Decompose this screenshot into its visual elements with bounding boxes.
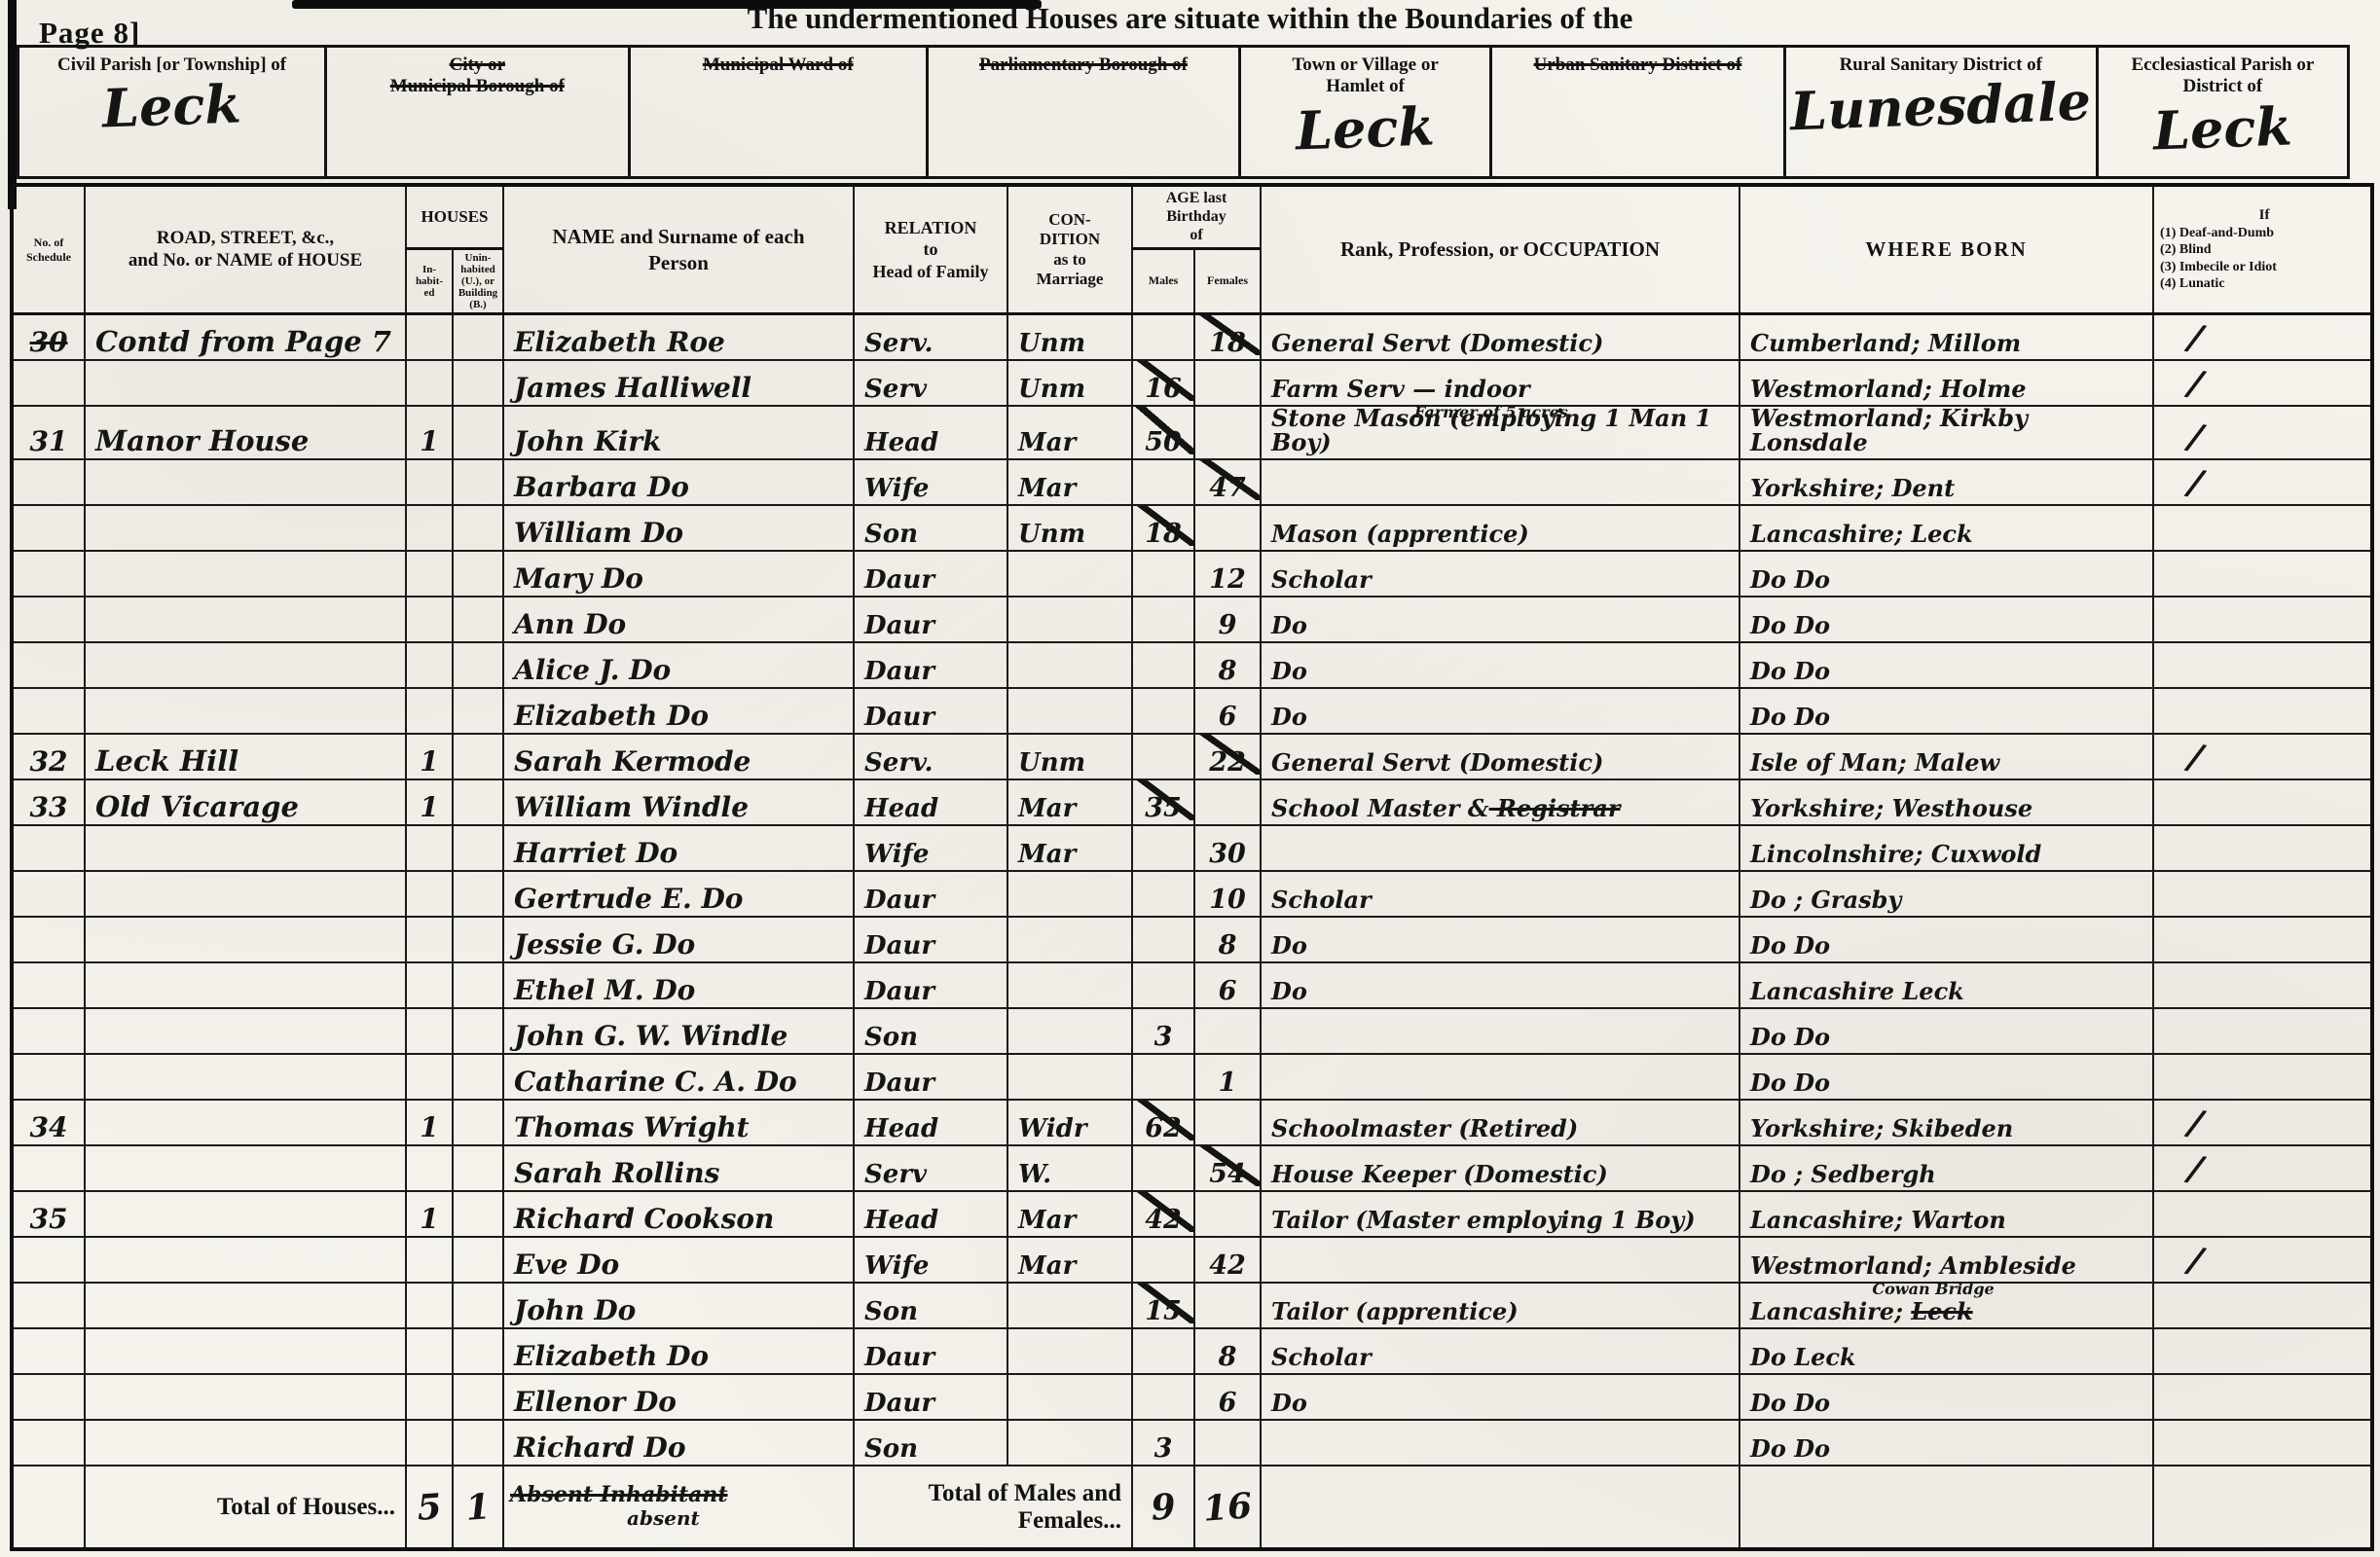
uninhabited-cell	[453, 1191, 503, 1237]
condition-cell	[1007, 1420, 1132, 1466]
uninhabited-cell	[453, 1145, 503, 1191]
age-females-cell: 18	[1194, 314, 1261, 361]
table-row: 32 Leck Hill 1 Sarah Kermode Serv. Unm 2…	[12, 734, 2372, 779]
where-born-cell: Do Do	[1739, 551, 2153, 597]
town-village-label: Town or Village or Hamlet of	[1284, 54, 1446, 98]
disability-cell	[2153, 1008, 2372, 1054]
road-house-cell	[85, 642, 406, 688]
uninhabited-cell	[453, 1100, 503, 1145]
occupation-cell: General Servt (Domestic)	[1261, 734, 1739, 779]
header-condition: CON- DITION as to Marriage	[1007, 185, 1132, 314]
person-name-cell: Alice J. Do	[503, 642, 854, 688]
age-males-cell	[1132, 871, 1194, 917]
condition-cell: Unm	[1007, 360, 1132, 406]
person-name-cell: Mary Do	[503, 551, 854, 597]
condition-cell: Mar	[1007, 406, 1132, 459]
header-disability: If (1) Deaf-and-Dumb (2) Blind (3) Imbec…	[2153, 185, 2372, 314]
occupation-cell: Tailor (Master employing 1 Boy)	[1261, 1191, 1739, 1237]
where-born-cell: Do Do	[1739, 917, 2153, 962]
condition-cell: Unm	[1007, 314, 1132, 361]
condition-cell: W.	[1007, 1145, 1132, 1191]
age-males-cell	[1132, 597, 1194, 642]
parliamentary-borough-label: Parliamentary Borough of	[971, 54, 1195, 76]
age-males-cell	[1132, 917, 1194, 962]
inhabited-cell	[406, 962, 453, 1008]
inhabited-cell: 1	[406, 734, 453, 779]
occupation-cell: Do	[1261, 688, 1739, 734]
occupation-cell: Farm Serv — indoor	[1261, 360, 1739, 406]
age-females-cell	[1194, 1100, 1261, 1145]
road-house-cell	[85, 1145, 406, 1191]
totals-males-females-label-cell: Total of Males and Females...	[854, 1466, 1132, 1549]
inhabited-cell	[406, 825, 453, 871]
disability-cell: ∕	[2153, 360, 2372, 406]
municipal-ward-box: Municipal Ward of	[628, 45, 930, 179]
total-houses-inhabited: 5	[406, 1466, 453, 1549]
person-name-cell: Richard Do	[503, 1420, 854, 1466]
condition-cell: Mar	[1007, 1191, 1132, 1237]
person-name-cell: Catharine C. A. Do	[503, 1054, 854, 1100]
disability-cell	[2153, 917, 2372, 962]
uninhabited-cell	[453, 314, 503, 361]
age-females-cell: 47	[1194, 459, 1261, 505]
tick-mark: ∕	[2161, 360, 2206, 405]
schedule-number-cell: 35	[12, 1191, 85, 1237]
table-row: Barbara Do Wife Mar 47 Yorkshire; Dent ∕	[12, 459, 2372, 505]
schedule-number-cell: 34	[12, 1100, 85, 1145]
inhabited-cell: 1	[406, 779, 453, 825]
header-inhabited: In- habit- ed	[406, 248, 453, 313]
road-house-cell	[85, 1374, 406, 1420]
header-occupation: Rank, Profession, or OCCUPATION	[1261, 185, 1739, 314]
person-name-cell: Harriet Do	[503, 825, 854, 871]
schedule-number-cell	[12, 962, 85, 1008]
total-houses-label: Total of Houses...	[92, 1494, 399, 1521]
occupation-cell: Tailor (apprentice)	[1261, 1283, 1739, 1328]
age-females-cell: 6	[1194, 962, 1261, 1008]
totals-row: Total of Houses... 5 1 Absent Inhabitant…	[12, 1466, 2372, 1549]
road-house-cell	[85, 360, 406, 406]
person-name-cell: Eve Do	[503, 1237, 854, 1283]
disability-cell	[2153, 597, 2372, 642]
road-house-cell	[85, 505, 406, 551]
where-born-cell: Westmorland; Holme	[1739, 360, 2153, 406]
occupation-cell: Scholar	[1261, 1328, 1739, 1374]
age-females-cell: 8	[1194, 1328, 1261, 1374]
inhabited-cell	[406, 551, 453, 597]
condition-cell	[1007, 917, 1132, 962]
road-house-cell	[85, 1237, 406, 1283]
disability-cell	[2153, 779, 2372, 825]
total-females: 16	[1194, 1466, 1261, 1549]
uninhabited-cell	[453, 1328, 503, 1374]
condition-cell	[1007, 1054, 1132, 1100]
uninhabited-cell	[453, 1054, 503, 1100]
inhabited-cell	[406, 1237, 453, 1283]
age-females-cell	[1194, 406, 1261, 459]
age-males-cell: 42	[1132, 1191, 1194, 1237]
disability-cell	[2153, 1420, 2372, 1466]
disability-cell: ∕	[2153, 734, 2372, 779]
table-row: Sarah Rollins Serv W. 54 House Keeper (D…	[12, 1145, 2372, 1191]
schedule-number-cell	[12, 1328, 85, 1374]
where-born-cell: Cumberland; Millom	[1739, 314, 2153, 361]
where-born-cell: Do Do	[1739, 1054, 2153, 1100]
tick-mark: ∕	[2161, 412, 2206, 458]
totals-note-cell: Absent Inhabitant absent	[503, 1466, 854, 1549]
totals-houses-label-cell: Total of Houses...	[85, 1466, 406, 1549]
relation-cell: Head	[854, 1100, 1007, 1145]
census-table-body: 30 Contd from Page 7 Elizabeth Roe Serv.…	[12, 314, 2372, 1466]
person-name-cell: John Do	[503, 1283, 854, 1328]
inhabited-cell	[406, 1283, 453, 1328]
table-row: Alice J. Do Daur 8 Do Do Do	[12, 642, 2372, 688]
age-males-cell	[1132, 962, 1194, 1008]
age-males-cell	[1132, 825, 1194, 871]
totals-empty-occupation	[1261, 1466, 1739, 1549]
ecclesiastical-parish-box: Ecclesiastical Parish or District of Lec…	[2096, 45, 2350, 179]
header-houses: HOUSES	[406, 185, 503, 248]
where-born-cell: Do Do	[1739, 597, 2153, 642]
occupation-cell: School Master & Registrar	[1261, 779, 1739, 825]
civil-parish-label: Civil Parish [or Township] of	[50, 54, 294, 76]
road-house-cell	[85, 1420, 406, 1466]
disability-cell: ∕	[2153, 406, 2372, 459]
disability-cell: ∕	[2153, 1145, 2372, 1191]
urban-sanitary-box: Urban Sanitary District of	[1489, 45, 1786, 179]
relation-cell: Daur	[854, 642, 1007, 688]
uninhabited-cell	[453, 505, 503, 551]
road-house-cell	[85, 825, 406, 871]
age-males-cell	[1132, 734, 1194, 779]
table-row: Ellenor Do Daur 6 Do Do Do	[12, 1374, 2372, 1420]
uninhabited-cell	[453, 825, 503, 871]
condition-cell	[1007, 871, 1132, 917]
uninhabited-cell	[453, 1283, 503, 1328]
schedule-number-cell	[12, 825, 85, 871]
inhabited-cell	[406, 1328, 453, 1374]
relation-cell: Wife	[854, 459, 1007, 505]
road-house-cell	[85, 459, 406, 505]
condition-cell	[1007, 688, 1132, 734]
where-born-cell: Yorkshire; Dent	[1739, 459, 2153, 505]
age-females-cell: 22	[1194, 734, 1261, 779]
relation-cell: Son	[854, 505, 1007, 551]
age-females-cell: 10	[1194, 871, 1261, 917]
table-row: Catharine C. A. Do Daur 1 Do Do	[12, 1054, 2372, 1100]
age-females-cell: 54	[1194, 1145, 1261, 1191]
table-row: Elizabeth Do Daur 8 Scholar Do Leck	[12, 1328, 2372, 1374]
table-row: Harriet Do Wife Mar 30 Lincolnshire; Cux…	[12, 825, 2372, 871]
inhabited-cell: 1	[406, 1191, 453, 1237]
inhabited-cell	[406, 597, 453, 642]
town-village-value: Leck	[1295, 99, 1435, 157]
relation-cell: Son	[854, 1008, 1007, 1054]
relation-cell: Daur	[854, 597, 1007, 642]
occupation-cell: Do	[1261, 1374, 1739, 1420]
district-header-row: Civil Parish [or Township] of Leck City …	[17, 45, 2370, 179]
disability-cell	[2153, 642, 2372, 688]
relation-cell: Daur	[854, 962, 1007, 1008]
disability-cell: ∕	[2153, 1237, 2372, 1283]
table-row: 35 1 Richard Cookson Head Mar 42 Tailor …	[12, 1191, 2372, 1237]
schedule-number-cell	[12, 1008, 85, 1054]
relation-cell: Head	[854, 1191, 1007, 1237]
header-where-born: WHERE BORN	[1739, 185, 2153, 314]
inhabited-cell	[406, 871, 453, 917]
ecclesiastical-parish-label: Ecclesiastical Parish or District of	[2123, 54, 2322, 98]
relation-cell: Serv.	[854, 314, 1007, 361]
tick-mark: ∕	[2161, 1237, 2206, 1282]
totals-empty-born	[1739, 1466, 2153, 1549]
person-name-cell: Barbara Do	[503, 459, 854, 505]
tick-mark: ∕	[2161, 314, 2206, 360]
age-males-cell	[1132, 1145, 1194, 1191]
civil-parish-box: Civil Parish [or Township] of Leck	[17, 45, 327, 179]
age-females-cell	[1194, 779, 1261, 825]
civil-parish-value: Leck	[101, 78, 241, 135]
occupation-cell: Scholar	[1261, 871, 1739, 917]
road-house-cell	[85, 1191, 406, 1237]
person-name-cell: Ann Do	[503, 597, 854, 642]
where-born-cell: Yorkshire; Westhouse	[1739, 779, 2153, 825]
where-born-cell: Lancashire; LeckCowan Bridge	[1739, 1283, 2153, 1328]
relation-cell: Daur	[854, 688, 1007, 734]
occupation-cell: Do	[1261, 642, 1739, 688]
occupation-cell: Do	[1261, 962, 1739, 1008]
census-table-totals: Total of Houses... 5 1 Absent Inhabitant…	[12, 1466, 2372, 1549]
road-house-cell	[85, 597, 406, 642]
table-row: 33 Old Vicarage 1 William Windle Head Ma…	[12, 779, 2372, 825]
uninhabited-cell	[453, 597, 503, 642]
schedule-number-cell	[12, 1374, 85, 1420]
table-row: Ethel M. Do Daur 6 Do Lancashire Leck	[12, 962, 2372, 1008]
condition-cell: Widr	[1007, 1100, 1132, 1145]
occupation-cell	[1261, 1054, 1739, 1100]
condition-cell: Unm	[1007, 505, 1132, 551]
relation-cell: Serv.	[854, 734, 1007, 779]
age-males-cell	[1132, 688, 1194, 734]
where-born-cell: Lancashire; Leck	[1739, 505, 2153, 551]
age-males-cell: 62	[1132, 1100, 1194, 1145]
tick-mark: ∕	[2161, 1145, 2206, 1190]
table-row: Eve Do Wife Mar 42 Westmorland; Amblesid…	[12, 1237, 2372, 1283]
disability-cell	[2153, 871, 2372, 917]
uninhabited-cell	[453, 551, 503, 597]
relation-cell: Son	[854, 1420, 1007, 1466]
inhabited-cell	[406, 688, 453, 734]
where-born-cell: Do Do	[1739, 688, 2153, 734]
road-house-cell	[85, 962, 406, 1008]
age-males-cell	[1132, 459, 1194, 505]
schedule-number-cell	[12, 1283, 85, 1328]
table-row: 30 Contd from Page 7 Elizabeth Roe Serv.…	[12, 314, 2372, 361]
schedule-number-cell	[12, 871, 85, 917]
relation-cell: Wife	[854, 825, 1007, 871]
schedule-number-cell	[12, 360, 85, 406]
person-name-cell: Ellenor Do	[503, 1374, 854, 1420]
road-house-cell: Old Vicarage	[85, 779, 406, 825]
where-born-cell: Do ; Sedbergh	[1739, 1145, 2153, 1191]
disability-cell: ∕	[2153, 314, 2372, 361]
age-females-cell	[1194, 1283, 1261, 1328]
where-born-cell: Do Do	[1739, 1420, 2153, 1466]
absent-inhabitant-note: Absent Inhabitant	[510, 1484, 847, 1506]
disability-cell	[2153, 1054, 2372, 1100]
uninhabited-cell	[453, 1008, 503, 1054]
age-males-cell: 3	[1132, 1008, 1194, 1054]
disability-cell: ∕	[2153, 1100, 2372, 1145]
uninhabited-cell	[453, 1237, 503, 1283]
age-males-cell: 18	[1132, 505, 1194, 551]
header-road: ROAD, STREET, &c., and No. or NAME of HO…	[85, 185, 406, 314]
census-table: No. of Schedule ROAD, STREET, &c., and N…	[10, 183, 2374, 1551]
uninhabited-cell	[453, 734, 503, 779]
schedule-number-cell	[12, 505, 85, 551]
disability-cell	[2153, 1283, 2372, 1328]
condition-cell: Mar	[1007, 825, 1132, 871]
disability-cell	[2153, 688, 2372, 734]
census-page-scan: Page 8] The undermentioned Houses are si…	[0, 0, 2380, 1557]
ecclesiastical-parish-value: Leck	[2152, 99, 2292, 157]
schedule-number-cell: 32	[12, 734, 85, 779]
occupation-cell: General Servt (Domestic)	[1261, 314, 1739, 361]
condition-cell: Mar	[1007, 1237, 1132, 1283]
age-females-cell	[1194, 505, 1261, 551]
schedule-number-cell	[12, 1420, 85, 1466]
schedule-number-cell	[12, 642, 85, 688]
municipal-ward-label: Municipal Ward of	[695, 54, 861, 76]
relation-cell: Son	[854, 1283, 1007, 1328]
age-males-cell: 3	[1132, 1420, 1194, 1466]
occupation-cell: Mason (apprentice)	[1261, 505, 1739, 551]
disability-items: (1) Deaf-and-Dumb (2) Blind (3) Imbecile…	[2160, 225, 2368, 293]
age-females-cell	[1194, 1420, 1261, 1466]
schedule-number-cell	[12, 1145, 85, 1191]
totals-empty-schedule	[12, 1466, 85, 1549]
inhabited-cell	[406, 1374, 453, 1420]
table-row: Jessie G. Do Daur 8 Do Do Do	[12, 917, 2372, 962]
table-row: John Do Son 15 Tailor (apprentice) Lanca…	[12, 1283, 2372, 1328]
age-males-cell	[1132, 1054, 1194, 1100]
uninhabited-cell	[453, 1374, 503, 1420]
person-name-cell: Elizabeth Do	[503, 1328, 854, 1374]
person-name-cell: Richard Cookson	[503, 1191, 854, 1237]
where-born-cell: Yorkshire; Skibeden	[1739, 1100, 2153, 1145]
disability-cell	[2153, 551, 2372, 597]
disability-cell	[2153, 505, 2372, 551]
municipal-borough-label: City or Municipal Borough of	[383, 54, 572, 98]
person-name-cell: James Halliwell	[503, 360, 854, 406]
where-born-cell: Do Do	[1739, 642, 2153, 688]
road-house-cell	[85, 1100, 406, 1145]
header-females: Females	[1194, 248, 1261, 313]
form-title: The undermentioned Houses are situate wi…	[0, 1, 2380, 36]
age-females-cell: 30	[1194, 825, 1261, 871]
born-interlined-note: Cowan Bridge	[1872, 1283, 1994, 1297]
rural-sanitary-value: Lunesdale	[1790, 75, 2093, 138]
table-row: Richard Do Son 3 Do Do	[12, 1420, 2372, 1466]
absent-note: absent	[510, 1506, 847, 1530]
condition-cell	[1007, 962, 1132, 1008]
disability-cell	[2153, 1191, 2372, 1237]
schedule-number-cell: 33	[12, 779, 85, 825]
age-males-cell: 16	[1132, 360, 1194, 406]
condition-cell	[1007, 1374, 1132, 1420]
relation-cell: Daur	[854, 1374, 1007, 1420]
uninhabited-cell	[453, 360, 503, 406]
table-row: Ann Do Daur 9 Do Do Do	[12, 597, 2372, 642]
occupation-interlined-note: Farmer of 5 acres	[1414, 406, 1568, 420]
where-born-cell: Do ; Grasby	[1739, 871, 2153, 917]
municipal-borough-box: City or Municipal Borough of	[324, 45, 630, 179]
urban-sanitary-label: Urban Sanitary District of	[1526, 54, 1750, 76]
age-males-cell: 35	[1132, 779, 1194, 825]
disability-cell	[2153, 1328, 2372, 1374]
relation-cell: Daur	[854, 871, 1007, 917]
road-house-cell	[85, 871, 406, 917]
age-females-cell: 8	[1194, 642, 1261, 688]
rural-sanitary-box: Rural Sanitary District of Lunesdale	[1783, 45, 2099, 179]
person-name-cell: Elizabeth Roe	[503, 314, 854, 361]
inhabited-cell: 1	[406, 406, 453, 459]
age-males-cell	[1132, 314, 1194, 361]
tick-mark: ∕	[2161, 1100, 2206, 1144]
town-village-box: Town or Village or Hamlet of Leck	[1238, 45, 1492, 179]
uninhabited-cell	[453, 917, 503, 962]
person-name-cell: John Kirk	[503, 406, 854, 459]
table-row: John G. W. Windle Son 3 Do Do	[12, 1008, 2372, 1054]
relation-cell: Serv	[854, 1145, 1007, 1191]
road-house-cell	[85, 1008, 406, 1054]
occupation-cell	[1261, 1420, 1739, 1466]
uninhabited-cell	[453, 406, 503, 459]
header-name: NAME and Surname of each Person	[503, 185, 854, 314]
table-row: 31 Manor House 1 John Kirk Head Mar 50 S…	[12, 406, 2372, 459]
uninhabited-cell	[453, 688, 503, 734]
person-name-cell: William Windle	[503, 779, 854, 825]
inhabited-cell	[406, 505, 453, 551]
condition-cell	[1007, 1328, 1132, 1374]
where-born-cell: Do Leck	[1739, 1328, 2153, 1374]
header-age: AGE last Birthday of	[1132, 185, 1261, 248]
age-females-cell: 1	[1194, 1054, 1261, 1100]
total-males: 9	[1132, 1466, 1194, 1549]
relation-cell: Head	[854, 406, 1007, 459]
road-house-cell: Manor House	[85, 406, 406, 459]
age-females-cell: 8	[1194, 917, 1261, 962]
header-males: Males	[1132, 248, 1194, 313]
where-born-cell: Lincolnshire; Cuxwold	[1739, 825, 2153, 871]
relation-cell: Daur	[854, 1328, 1007, 1374]
age-females-cell: 42	[1194, 1237, 1261, 1283]
inhabited-cell: 1	[406, 1100, 453, 1145]
road-house-cell	[85, 1328, 406, 1374]
age-males-cell	[1132, 1328, 1194, 1374]
where-born-cell: Isle of Man; Malew	[1739, 734, 2153, 779]
table-row: 34 1 Thomas Wright Head Widr 62 Schoolma…	[12, 1100, 2372, 1145]
occupation-cell: Do	[1261, 597, 1739, 642]
inhabited-cell	[406, 917, 453, 962]
table-row: Mary Do Daur 12 Scholar Do Do	[12, 551, 2372, 597]
condition-cell	[1007, 642, 1132, 688]
inhabited-cell	[406, 642, 453, 688]
age-females-cell: 12	[1194, 551, 1261, 597]
disability-cell: ∕	[2153, 459, 2372, 505]
uninhabited-cell	[453, 459, 503, 505]
person-name-cell: Gertrude E. Do	[503, 871, 854, 917]
occupation-cell: Schoolmaster (Retired)	[1261, 1100, 1739, 1145]
